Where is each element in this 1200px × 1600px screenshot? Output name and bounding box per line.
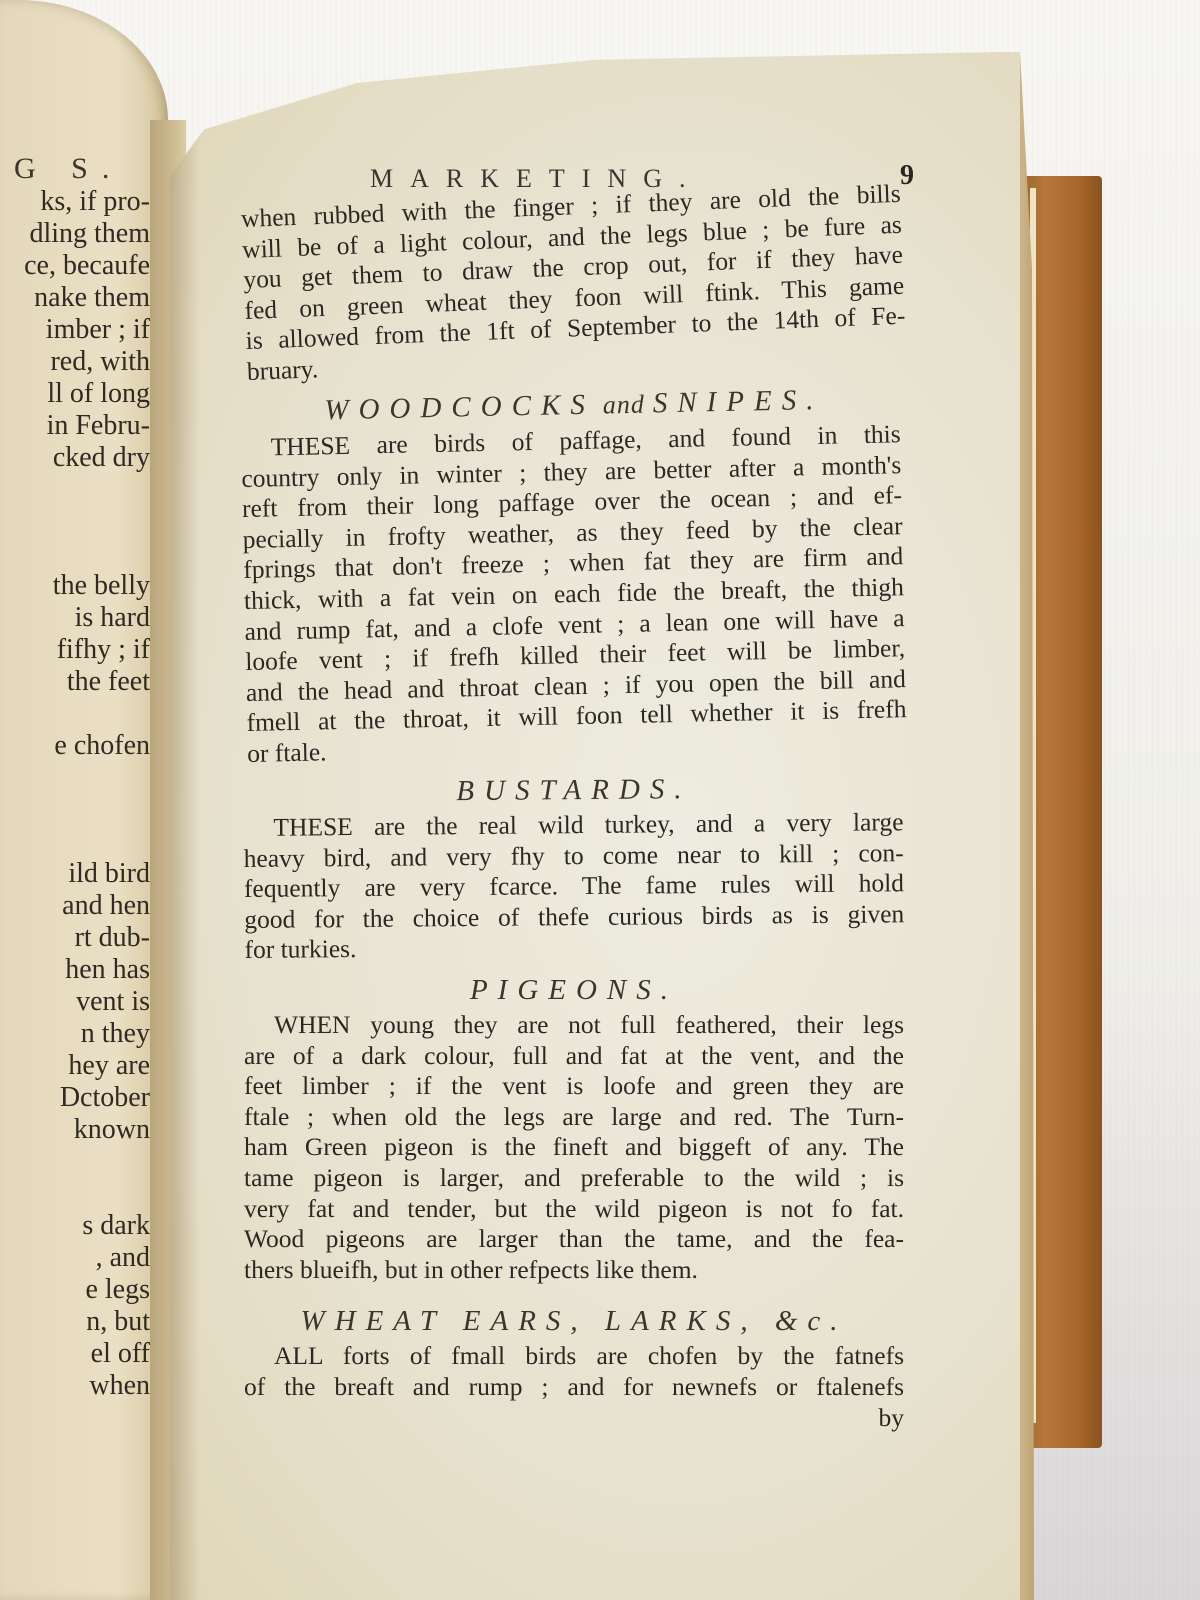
text-line: are of a dark colour, full and fat at th…: [244, 1041, 904, 1072]
left-line: rt dub-: [0, 922, 150, 954]
heading-join: and: [603, 389, 646, 419]
text-line: of the breaft and rump ; and for newnefs…: [244, 1372, 904, 1403]
left-line: [0, 1146, 150, 1178]
left-line: ce, becaufe: [0, 250, 150, 282]
left-line: [0, 474, 150, 506]
left-line: e legs: [0, 1274, 150, 1306]
left-line: hey are: [0, 1050, 150, 1082]
left-line: dling them: [0, 218, 150, 250]
section-body-pigeons: WHEN young they are not full feathered, …: [244, 1010, 904, 1285]
left-line: [0, 762, 150, 794]
left-line: ild bird: [0, 858, 150, 890]
text-line: ham Green pigeon is the fineft and bigge…: [244, 1132, 904, 1163]
left-line: [0, 1178, 150, 1210]
left-line: el off: [0, 1338, 150, 1370]
page-number: 9: [900, 160, 914, 192]
section-body-bustards: THESE are the real wild turkey, and a ve…: [243, 807, 904, 966]
left-line: s dark: [0, 1210, 150, 1242]
section-body-woodcocks: THESE are birds of paffage, and found in…: [240, 419, 907, 769]
left-line: in Febru-: [0, 410, 150, 442]
left-line: nake them: [0, 282, 150, 314]
left-line: [0, 538, 150, 570]
catchword: by: [244, 1403, 904, 1433]
left-line: vent is: [0, 986, 150, 1018]
left-line: hen has: [0, 954, 150, 986]
left-line: cked dry: [0, 442, 150, 474]
section-heading-wheat-ears: WHEAT EARS, LARKS, &c.: [244, 1303, 904, 1339]
left-line: fifhy ; if: [0, 634, 150, 666]
text-line: Wood pigeons are larger than the tame, a…: [244, 1224, 904, 1255]
heading-part: WOODCOCKS: [324, 388, 595, 426]
left-line: e chofen: [0, 730, 150, 762]
left-line: when: [0, 1370, 150, 1402]
text-line: ftale ; when old the legs are large and …: [244, 1102, 904, 1133]
left-line: and hen: [0, 890, 150, 922]
left-line: n they: [0, 1018, 150, 1050]
left-line: the belly: [0, 570, 150, 602]
text-line: good for the choice of thefe curious bir…: [244, 899, 904, 935]
left-page-text: ks, if pro- dling them ce, becaufe nake …: [0, 186, 150, 1402]
text-line: feet limber ; if the vent is loofe and g…: [244, 1071, 904, 1102]
left-line: red, with: [0, 346, 150, 378]
text-line: WHEN young they are not full feathered, …: [244, 1010, 904, 1041]
left-line: Dctober: [0, 1082, 150, 1114]
text-line: thers blueifh, but in other refpects lik…: [244, 1255, 904, 1286]
page-content: MARKETING. 9 when rubbed with the finger…: [244, 160, 904, 1433]
left-line: [0, 826, 150, 858]
text-line: very fat and tender, but the wild pigeon…: [244, 1194, 904, 1225]
left-line: [0, 506, 150, 538]
heading-part: SNIPES.: [652, 383, 823, 419]
left-line: is hard: [0, 602, 150, 634]
left-line: imber ; if: [0, 314, 150, 346]
left-line: known: [0, 1114, 150, 1146]
text-line: for turkies.: [244, 930, 904, 966]
left-line: [0, 698, 150, 730]
section-heading-bustards: BUSTARDS.: [244, 769, 904, 811]
left-line: , and: [0, 1242, 150, 1274]
left-line: the feet: [0, 666, 150, 698]
text-line: ALL forts of fmall birds are chofen by t…: [244, 1341, 904, 1372]
text-line: tame pigeon is larger, and preferable to…: [244, 1163, 904, 1194]
left-page-heading-fragment: G S.: [14, 152, 123, 186]
left-line: [0, 794, 150, 826]
intro-paragraph: when rubbed with the finger ; if they ar…: [240, 179, 907, 388]
left-line: ll of long: [0, 378, 150, 410]
left-line: n, but: [0, 1306, 150, 1338]
section-heading-pigeons: PIGEONS.: [244, 972, 904, 1008]
section-body-wheat-ears: ALL forts of fmall birds are chofen by t…: [244, 1341, 904, 1402]
left-line: ks, if pro-: [0, 186, 150, 218]
